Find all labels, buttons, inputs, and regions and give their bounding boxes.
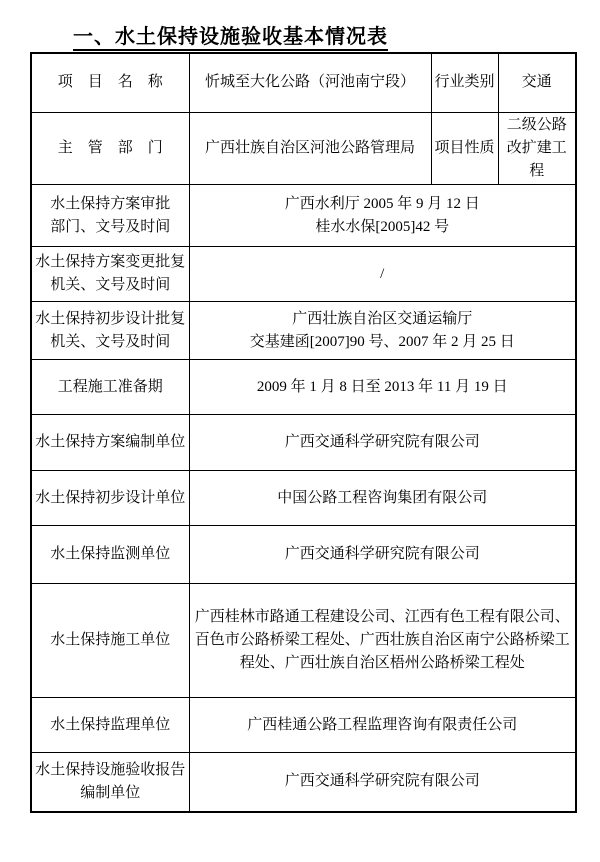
row-label: 水土保持方案审批 部门、文号及时间 xyxy=(31,185,189,247)
table-row-plan-approval: 水土保持方案审批 部门、文号及时间 广西水利厅 2005 年 9 月 12 日 … xyxy=(31,185,576,247)
table-row-monitoring-unit: 水土保持监测单位 广西交通科学研究院有限公司 xyxy=(31,526,576,584)
row-value: 广西壮族自治区河池公路管理局 xyxy=(189,112,431,185)
row-value: 忻城至大化公路（河池南宁段） xyxy=(189,53,431,112)
row-label: 水土保持监测单位 xyxy=(31,526,189,584)
row-label: 水土保持方案变更批复 机关、文号及时间 xyxy=(31,247,189,302)
table-row-construction-period: 工程施工准备期 2009 年 1 月 8 日至 2013 年 11 月 19 日 xyxy=(31,360,576,415)
row-label-industry: 行业类别 xyxy=(431,53,498,112)
table-row-project-name: 项 目 名 称 忻城至大化公路（河池南宁段） 行业类别 交通 xyxy=(31,53,576,112)
row-value: 广西交通科学研究院有限公司 xyxy=(189,526,576,584)
row-label-project-nature: 项目性质 xyxy=(431,112,498,185)
basic-info-table: 项 目 名 称 忻城至大化公路（河池南宁段） 行业类别 交通 主 管 部 门 广… xyxy=(30,52,577,813)
row-value: 广西交通科学研究院有限公司 xyxy=(189,753,576,812)
row-label: 水土保持施工单位 xyxy=(31,584,189,698)
row-value: 广西桂林市路通工程建设公司、江西有色工程有限公司、百色市公路桥梁工程处、广西壮族… xyxy=(189,584,576,698)
row-value: 广西水利厅 2005 年 9 月 12 日 桂水水保[2005]42 号 xyxy=(189,185,576,247)
table-row-preliminary-design-unit: 水土保持初步设计单位 中国公路工程咨询集团有限公司 xyxy=(31,471,576,526)
row-value: / xyxy=(189,247,576,302)
row-label: 水土保持初步设计单位 xyxy=(31,471,189,526)
table-row-plan-compiler: 水土保持方案编制单位 广西交通科学研究院有限公司 xyxy=(31,415,576,471)
row-value-industry: 交通 xyxy=(498,53,576,112)
row-value: 广西交通科学研究院有限公司 xyxy=(189,415,576,471)
row-label: 水土保持监理单位 xyxy=(31,698,189,753)
table-row-acceptance-report-compiler: 水土保持设施验收报告 编制单位 广西交通科学研究院有限公司 xyxy=(31,753,576,812)
row-label: 工程施工准备期 xyxy=(31,360,189,415)
table-row-competent-dept: 主 管 部 门 广西壮族自治区河池公路管理局 项目性质 二级公路改扩建工程 xyxy=(31,112,576,185)
title-block: 一、水土保持设施验收基本情况表 xyxy=(73,26,388,51)
row-value: 中国公路工程咨询集团有限公司 xyxy=(189,471,576,526)
table-row-preliminary-design-approval: 水土保持初步设计批复 机关、文号及时间 广西壮族自治区交通运输厅 交基建函[20… xyxy=(31,302,576,360)
row-value: 广西桂通公路工程监理咨询有限责任公司 xyxy=(189,698,576,753)
row-value-project-nature: 二级公路改扩建工程 xyxy=(498,112,576,185)
row-label: 项 目 名 称 xyxy=(31,53,189,112)
table-row-supervision-unit: 水土保持监理单位 广西桂通公路工程监理咨询有限责任公司 xyxy=(31,698,576,753)
row-label: 水土保持方案编制单位 xyxy=(31,415,189,471)
row-label: 水土保持初步设计批复 机关、文号及时间 xyxy=(31,302,189,360)
table-row-construction-unit: 水土保持施工单位 广西桂林市路通工程建设公司、江西有色工程有限公司、百色市公路桥… xyxy=(31,584,576,698)
row-value: 广西壮族自治区交通运输厅 交基建函[2007]90 号、2007 年 2 月 2… xyxy=(189,302,576,360)
table-row-plan-change-approval: 水土保持方案变更批复 机关、文号及时间 / xyxy=(31,247,576,302)
document-page: 一、水土保持设施验收基本情况表 项 目 名 称 忻城至大化公路（河池南宁段） 行… xyxy=(0,0,600,862)
page-title: 一、水土保持设施验收基本情况表 xyxy=(73,26,388,51)
row-label: 水土保持设施验收报告 编制单位 xyxy=(31,753,189,812)
row-label: 主 管 部 门 xyxy=(31,112,189,185)
row-value: 2009 年 1 月 8 日至 2013 年 11 月 19 日 xyxy=(189,360,576,415)
